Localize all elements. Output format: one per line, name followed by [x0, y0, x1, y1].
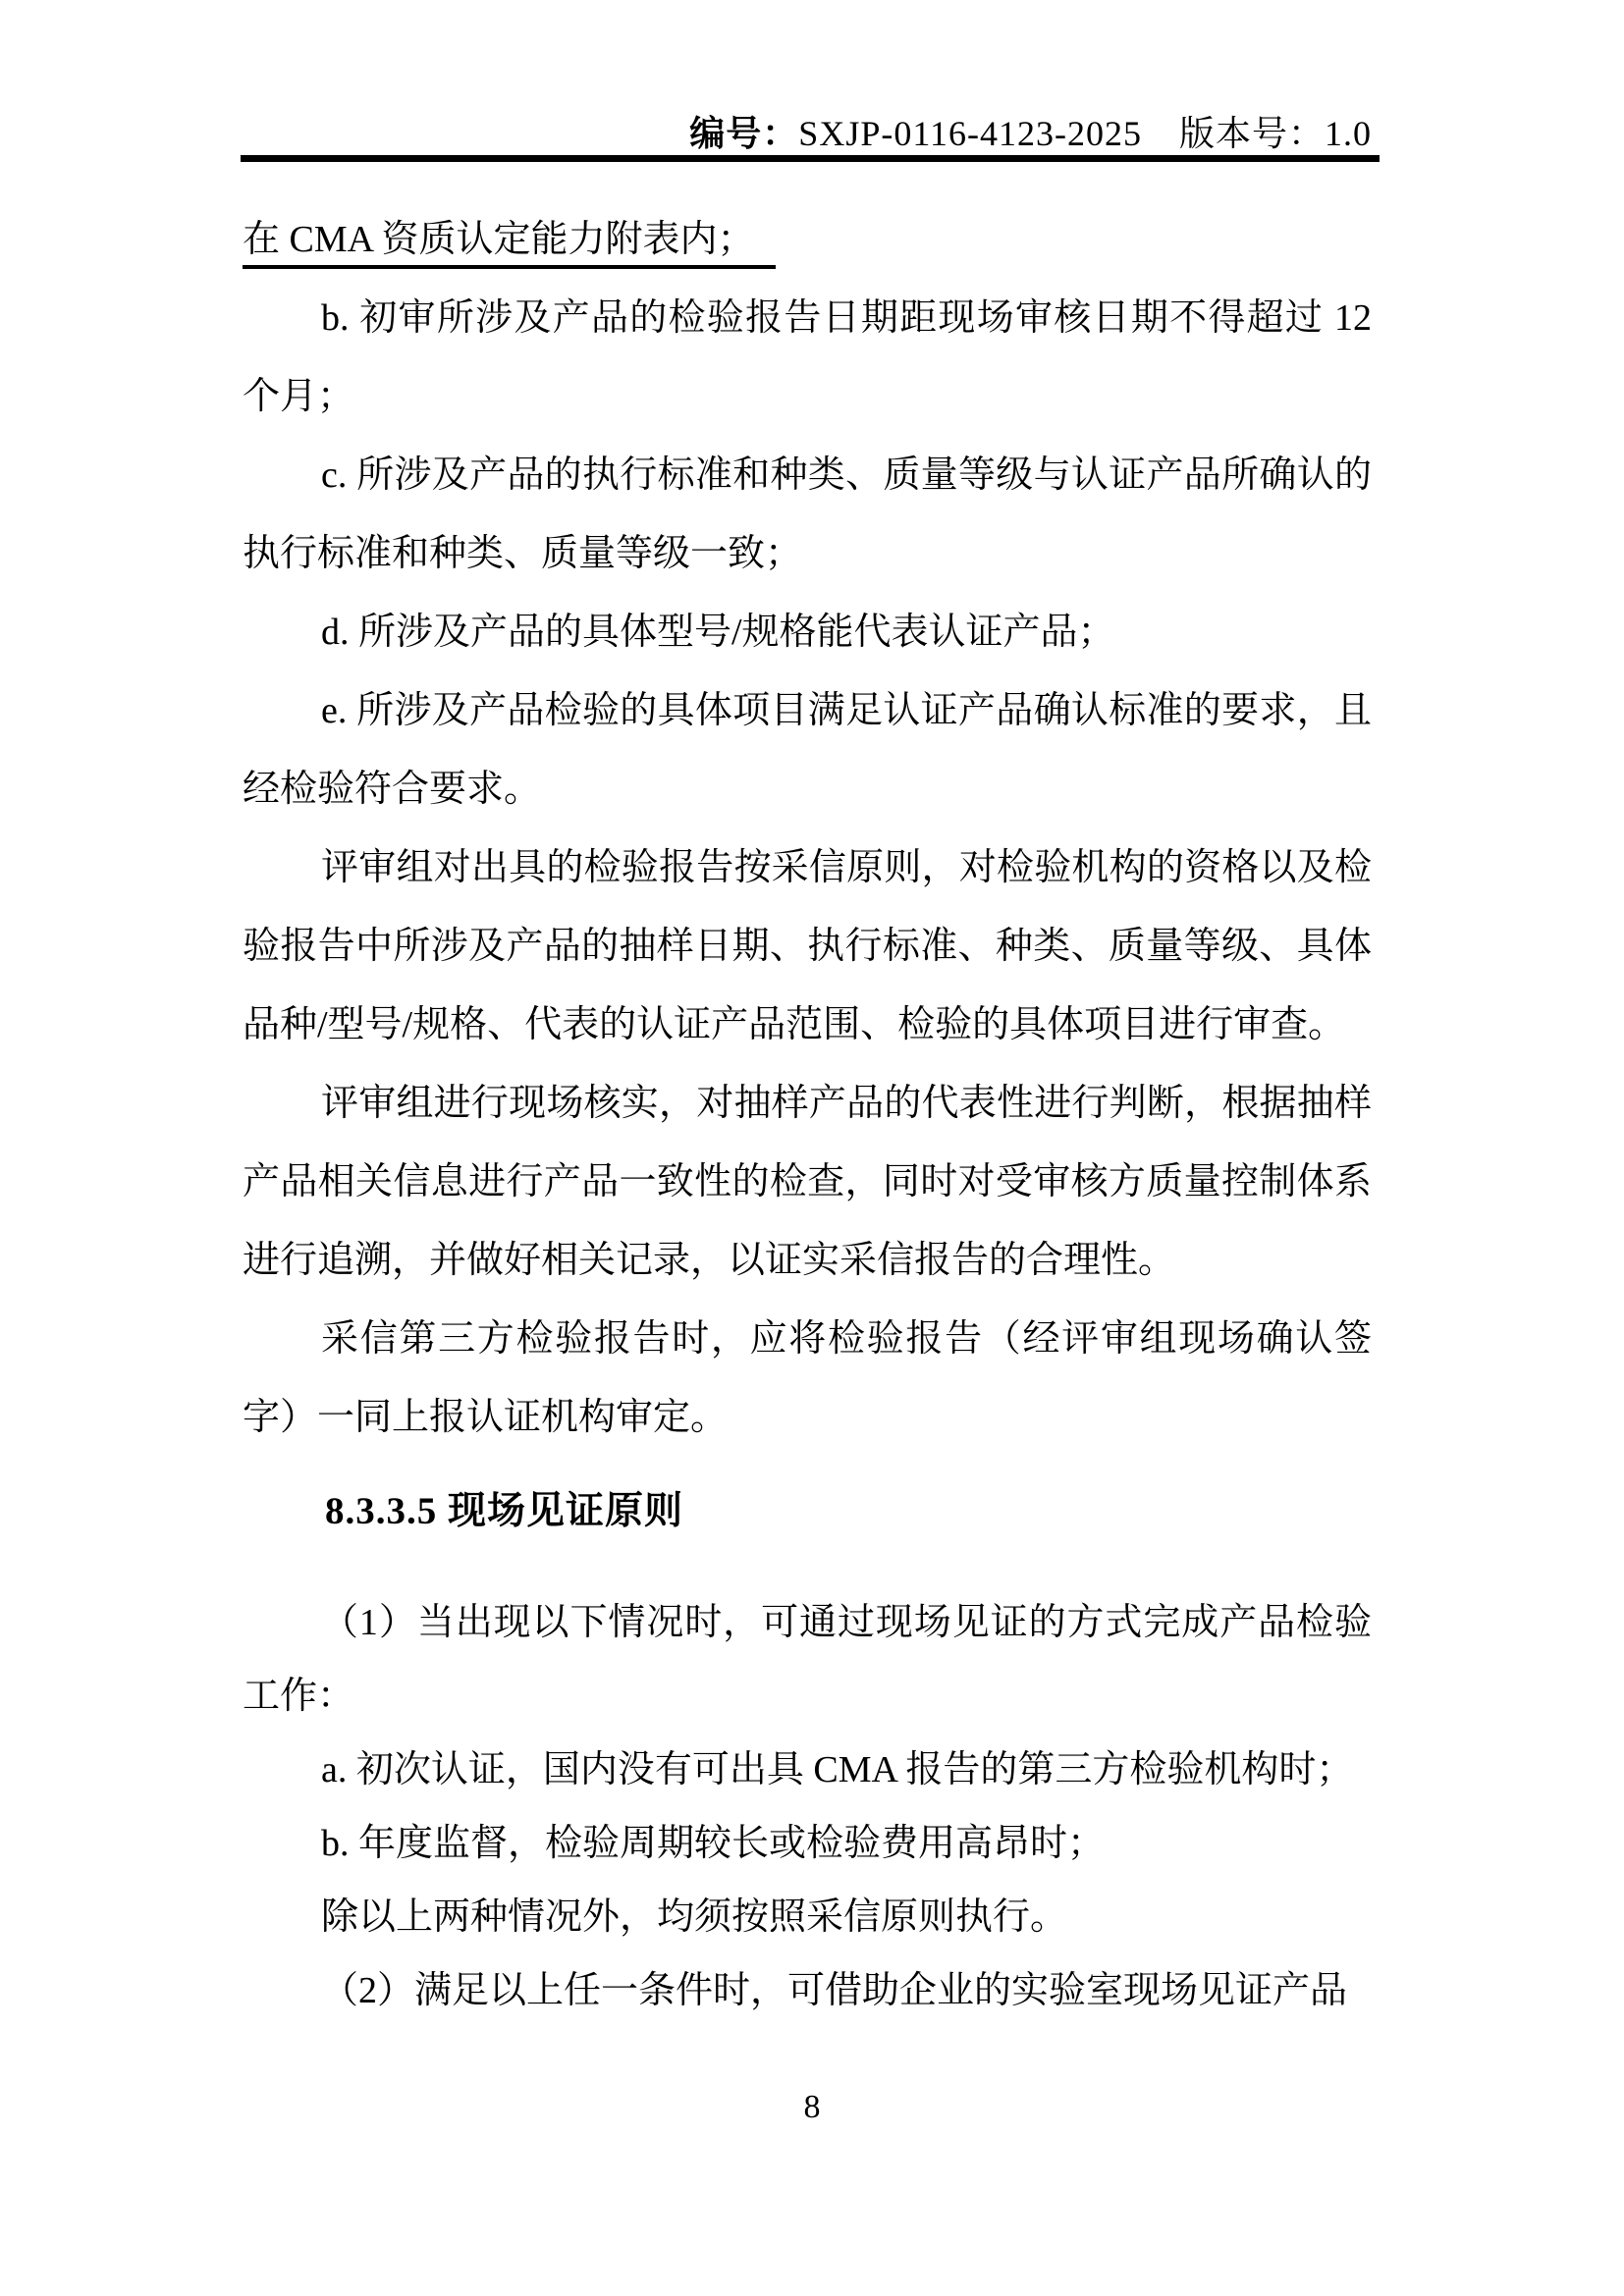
paragraph-continuation: 在 CMA 资质认定能力附表内；	[243, 200, 1372, 279]
paragraph-item-b2: b. 年度监督，检验周期较长或检验费用高昂时；	[243, 1807, 1372, 1881]
paragraph-item-e: e. 所涉及产品检验的具体项目满足认证产品确认标准的要求，且经检验符合要求。	[243, 671, 1372, 828]
paragraph-item-d: d. 所涉及产品的具体型号/规格能代表认证产品；	[243, 593, 1372, 671]
paragraph-onsite-verify: 评审组进行现场核实，对抽样产品的代表性进行判断，根据抽样产品相关信息进行产品一致…	[243, 1064, 1372, 1300]
paragraph-third-party-report: 采信第三方检验报告时，应将检验报告（经评审组现场确认签字）一同上报认证机构审定。	[243, 1300, 1372, 1457]
header-rule	[241, 155, 1380, 162]
doc-number-value: SXJP-0116-4123-2025	[798, 114, 1142, 153]
page-footer: 8	[0, 2089, 1624, 2126]
paragraph-condition-1: （1）当出现以下情况时，可通过现场见证的方式完成产品检验工作：	[243, 1586, 1372, 1734]
paragraph-item-c: c. 所涉及产品的执行标准和种类、质量等级与认证产品所确认的执行标准和种类、质量…	[243, 436, 1372, 593]
page-number: 8	[804, 2089, 821, 2125]
underlined-text: 在 CMA 资质认定能力附表内；	[243, 219, 776, 269]
document-page: 编号：SXJP-0116-4123-2025版本号：1.0 在 CMA 资质认定…	[0, 0, 1624, 2296]
version-value: 1.0	[1325, 114, 1372, 153]
paragraph-review-report: 评审组对出具的检验报告按采信原则，对检验机构的资格以及检验报告中所涉及产品的抽样…	[243, 828, 1372, 1064]
page-header: 编号：SXJP-0116-4123-2025版本号：1.0	[243, 106, 1372, 156]
doc-number-label: 编号：	[689, 114, 798, 153]
section-heading: 8.3.3.5 现场见证原则	[243, 1472, 1372, 1551]
paragraph-item-a2: a. 初次认证，国内没有可出具 CMA 报告的第三方检验机构时；	[243, 1734, 1372, 1807]
version-label: 版本号：	[1179, 114, 1325, 153]
paragraph-item-b: b. 初审所涉及产品的检验报告日期距现场审核日期不得超过 12 个月；	[243, 279, 1372, 436]
paragraph-exception-note: 除以上两种情况外，均须按照采信原则执行。	[243, 1881, 1372, 1954]
document-body: 在 CMA 资质认定能力附表内； b. 初审所涉及产品的检验报告日期距现场审核日…	[243, 200, 1372, 2028]
paragraph-condition-2: （2）满足以上任一条件时，可借助企业的实验室现场见证产品	[243, 1954, 1372, 2028]
